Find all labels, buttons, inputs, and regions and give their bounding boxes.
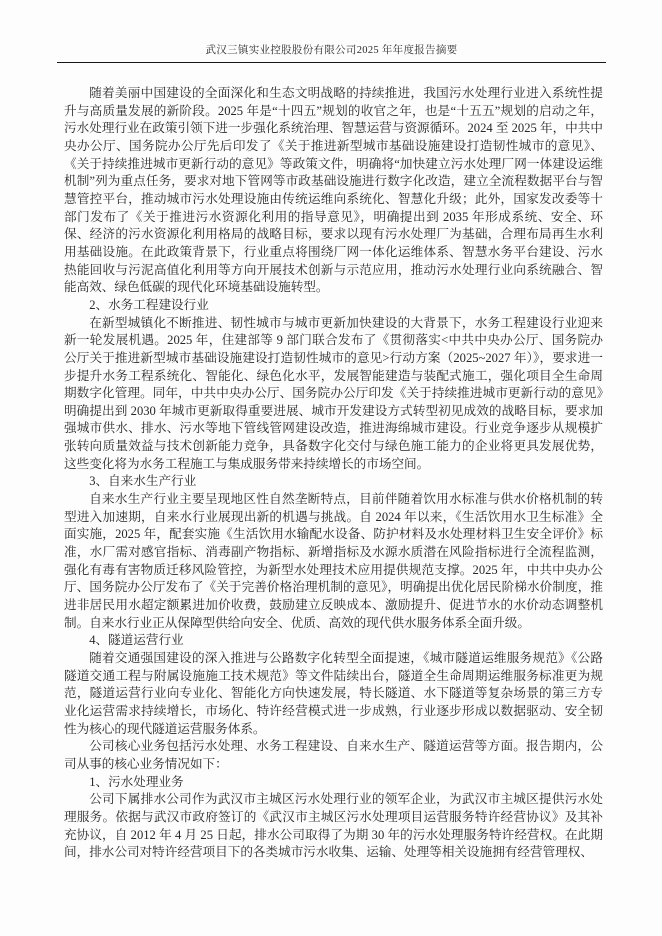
report-page: 武汉三镇实业控股股份有限公司2025 年年度报告摘要 随着美丽中国建设的全面深化… [0,0,662,936]
page-header: 武汉三镇实业控股股份有限公司2025 年年度报告摘要 [57,44,606,63]
paragraph: 随着美丽中国建设的全面深化和生态文明战略的持续推进，我国污水处理行业进入系统性提… [64,85,603,297]
section-heading: 1、污水处理业务 [64,774,603,792]
paragraph: 自来水生产行业主要呈现地区性自然垄断特点，目前伴随着饮用水标准与供水价格机制的转… [64,491,603,632]
section-heading: 3、自来水生产行业 [64,473,603,491]
report-body: 随着美丽中国建设的全面深化和生态文明战略的持续推进，我国污水处理行业进入系统性提… [64,85,603,862]
paragraph: 随着交通强国建设的深入推进与公路数字化转型全面提速，《城市隧道运维服务规范》《公… [64,650,603,738]
section-heading: 2、水务工程建设行业 [64,297,603,315]
page-title: 武汉三镇实业控股股份有限公司2025 年年度报告摘要 [206,45,458,56]
paragraph: 公司下属排水公司作为武汉市主城区污水处理行业的领军企业，为武汉市主城区提供污水处… [64,791,603,862]
section-heading: 4、隧道运营行业 [64,632,603,650]
paragraph: 公司核心业务包括污水处理、水务工程建设、自来水生产、隧道运营等方面。报告期内，公… [64,738,603,773]
paragraph: 在新型城镇化不断推进、韧性城市与城市更新加快建设的大背景下，水务工程建设行业迎来… [64,315,603,474]
